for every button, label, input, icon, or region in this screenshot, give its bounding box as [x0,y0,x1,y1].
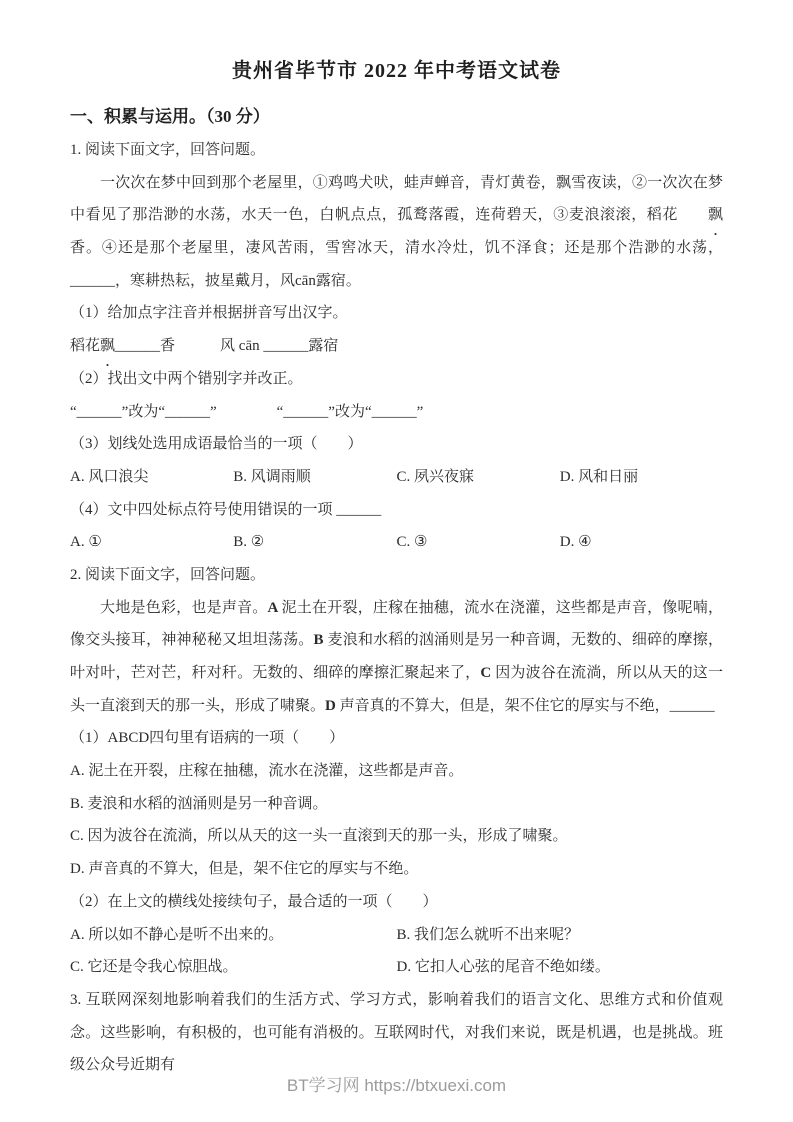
q1-sub1-fill-line: 稻花飘______香 风 cān ______露宿 [70,330,723,363]
q2-sub1-option-c: C. 因为波谷在流淌，所以从天的这一头一直滚到天的那一头，形成了啸聚。 [70,820,723,853]
q3-paragraph: 3. 互联网深刻地影响着我们的生活方式、学习方式，影响着我们的语言文化、思维方式… [70,984,723,1082]
q2-sub2-option-d: D. 它扣人心弦的尾音不绝如缕。 [397,951,724,984]
sentence-letter: A [268,600,282,616]
q1-passage: 一次次在梦中回到那个老屋里，①鸡鸣犬吠，蛙声蝉音，青灯黄卷，飘雪夜读，②一次次在… [70,167,723,298]
q2-sub2-options-row1: A. 所以如不静心是听不出来的。 B. 我们怎么就听不出来呢？ [70,919,723,952]
q1-sub4-options: A. ① B. ② C. ③ D. ④ [70,526,723,559]
q1-sub3-option-d: D. 风和日丽 [560,461,723,494]
q1-sub4-option-d: D. ④ [560,526,723,559]
fill-blank: ______ [263,338,308,354]
q2-stem: 2. 阅读下面文字，回答问题。 [70,559,723,592]
q1-sub3-options: A. 风口浪尖 B. 风调雨顺 C. 夙兴夜寐 D. 风和日丽 [70,461,723,494]
q1-sub2-fill-line: “______”改为“______” “______”改为“______” [70,396,723,429]
q1-sub2-stem: （2）找出文中两个错别字并改正。 [70,363,723,396]
sentence-letter: C [480,665,495,681]
q2-sub1-stem: （1）ABCD四句里有语病的一项（ ） [70,722,723,755]
q2-sub1-option-d: D. 声音真的不算大，但是，架不住它的厚实与不绝。 [70,853,723,886]
fill-blank: ______ [670,698,715,714]
dotted-character: 飘 [100,330,115,363]
watermark-footer: BT学习网 https://btxuexi.com [0,1071,793,1096]
q2-sub2-option-a: A. 所以如不静心是听不出来的。 [70,919,397,952]
q2-sub1-option-a: A. 泥土在开裂，庄稼在抽穗，流水在浇灌，这些都是声音。 [70,755,723,788]
q1-sub1-stem: （1）给加点字注音并根据拼音写出汉字。 [70,297,723,330]
fill-blank: ______ [70,273,115,289]
q1-sub3-option-c: C. 夙兴夜寐 [397,461,560,494]
q1-sub4-stem: （4）文中四处标点符号使用错误的一项 ______ [70,494,723,527]
q2-sub2-options-row2: C. 它还是令我心惊胆战。 D. 它扣人心弦的尾音不绝如缕。 [70,951,723,984]
sentence-letter: B [314,632,328,648]
q2-sub2-option-c: C. 它还是令我心惊胆战。 [70,951,397,984]
exam-title: 贵州省毕节市 2022 年中考语文试卷 [70,56,723,86]
q1-sub3-option-a: A. 风口浪尖 [70,461,233,494]
q1-sub4-option-c: C. ③ [397,526,560,559]
dotted-character: 飘 [678,199,723,232]
section-heading: 一、积累与运用。（30 分） [70,100,723,134]
exam-page: 贵州省毕节市 2022 年中考语文试卷 一、积累与运用。（30 分） 1. 阅读… [0,0,793,1122]
q1-sub4-option-a: A. ① [70,526,233,559]
q1-sub3-stem: （3）划线处选用成语最恰当的一项（ ） [70,428,723,461]
q2-sub2-option-b: B. 我们怎么就听不出来呢？ [397,919,724,952]
q1-sub4-option-b: B. ② [233,526,396,559]
q2-passage: 大地是色彩，也是声音。A 泥土在开裂，庄稼在抽穗，流水在浇灌，这些都是声音，像呢… [70,592,723,723]
q2-sub2-stem: （2）在上文的横线处接续句子，最合适的一项（ ） [70,886,723,919]
q1-sub3-option-b: B. 风调雨顺 [233,461,396,494]
fill-blank: ______ [115,338,160,354]
q2-sub1-option-b: B. 麦浪和水稻的汹涌则是另一种音调。 [70,788,723,821]
q1-stem: 1. 阅读下面文字，回答问题。 [70,134,723,167]
sentence-letter: D [325,698,340,714]
